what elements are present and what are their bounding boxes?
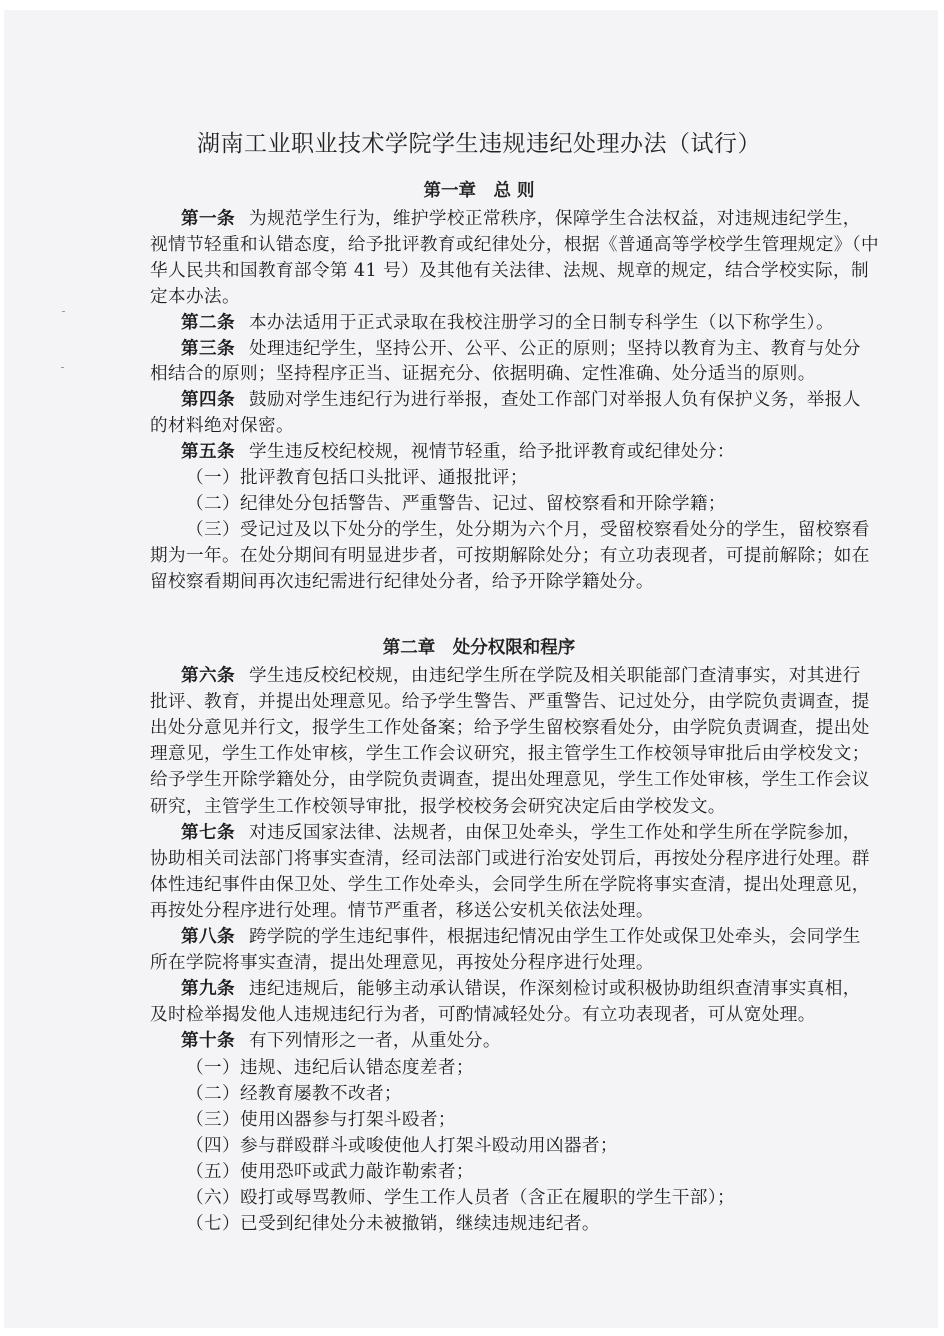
line-text: 定本办法。 bbox=[150, 287, 240, 307]
document: 湖南工业职业技术学院学生违规违纪处理办法（试行） 第一章 总 则 第一条为规范学… bbox=[0, 0, 944, 1336]
article-number: 第一条 bbox=[181, 208, 235, 229]
line-text: （六）殴打或辱骂教师、学生工作人员者（含正在履职的学生干部）； bbox=[186, 1188, 735, 1208]
list-item: （三）受记过及以下处分的学生，处分期为六个月，受留校察看处分的学生，留校察看 bbox=[186, 517, 815, 543]
line-text: （五）使用恐吓或武力敲诈勒索者； bbox=[186, 1162, 474, 1182]
text-line: 留校察看期间再次违纪需进行纪律处分者，给予开除学籍处分。 bbox=[150, 569, 810, 595]
article-number: 第九条 bbox=[181, 978, 235, 999]
line-text: （四）参与群殴群斗或唆使他人打架斗殴动用凶器者； bbox=[186, 1136, 618, 1156]
line-text: 再按处分程序进行处理。情节严重者，移送公安机关依法处理。 bbox=[150, 901, 654, 921]
article-line: 第九条违纪违规后，能够主动承认错误，作深刻检讨或积极协助组织查清事实真相， bbox=[181, 976, 810, 1002]
line-text: （三）使用凶器参与打架斗殴者； bbox=[186, 1110, 456, 1130]
line-text: 违纪违规后，能够主动承认错误，作深刻检讨或积极协助组织查清事实真相， bbox=[249, 979, 861, 999]
list-item: （七）已受到纪律处分未被撤销，继续违规违纪者。 bbox=[186, 1211, 815, 1237]
line-text: 本办法适用于正式录取在我校注册学习的全日制专科学生（以下称学生）。 bbox=[249, 313, 834, 333]
line-text: 留校察看期间再次违纪需进行纪律处分者，给予开除学籍处分。 bbox=[150, 572, 654, 592]
line-text: 期为一年。在处分期间有明显进步者，可按期解除处分；有立功表现者，可提前解除；如在 bbox=[150, 546, 870, 566]
line-text: 处理违纪学生，坚持公开、公平、公正的原则；坚持以教育为主、教育与处分 bbox=[249, 339, 861, 359]
chapter-2-heading: 第二章 处分权限和程序 bbox=[150, 634, 808, 659]
text-line: 体性违纪事件由保卫处、学生工作处牵头，会同学生所在学院将事实查清，提出处理意见， bbox=[150, 872, 810, 898]
text-line: 研究，主管学生工作校领导审批，报学校校务会研究决定后由学校发文。 bbox=[150, 794, 810, 820]
line-text: （一）批评教育包括口头批评、通报批评； bbox=[186, 468, 528, 488]
article-line: 第四条鼓励对学生违纪行为进行举报，查处工作部门对举报人负有保护义务，举报人 bbox=[181, 387, 810, 413]
article-number: 第四条 bbox=[181, 389, 235, 410]
line-text: 的材料绝对保密。 bbox=[150, 416, 294, 436]
text-line: 理意见，学生工作处审核，学生工作会议研究，报主管学生工作校领导审批后由学校发文； bbox=[150, 741, 810, 767]
line-text: 为规范学生行为，维护学校正常秩序，保障学生合法权益，对违规违纪学生， bbox=[249, 209, 861, 229]
list-item: （一）违规、违纪后认错态度差者； bbox=[186, 1055, 815, 1081]
text-line: 相结合的原则；坚持程序正当、证据充分、依据明确、定性准确、处分适当的原则。 bbox=[150, 361, 810, 387]
article-line: 第六条学生违反校纪校规，由违纪学生所在学院及相关职能部门查清事实，对其进行 bbox=[181, 663, 810, 689]
line-text: 相结合的原则；坚持程序正当、证据充分、依据明确、定性准确、处分适当的原则。 bbox=[150, 364, 816, 384]
line-text: 体性违纪事件由保卫处、学生工作处牵头，会同学生所在学院将事实查清，提出处理意见， bbox=[150, 875, 870, 895]
line-text: 所在学院将事实查清，提出处理意见，再按处分程序进行处理。 bbox=[150, 953, 654, 973]
list-item: （一）批评教育包括口头批评、通报批评； bbox=[186, 465, 815, 491]
line-text: （三）受记过及以下处分的学生，处分期为六个月，受留校察看处分的学生，留校察看 bbox=[186, 520, 870, 540]
article-line: 第七条对违反国家法律、法规者，由保卫处牵头，学生工作处和学生所在学院参加， bbox=[181, 820, 810, 846]
line-text: 出处分意见并行文，报学生工作处备案；给予学生留校察看处分，由学院负责调查，提出处 bbox=[150, 718, 870, 738]
line-text: 华人民共和国教育部令第 41 号）及其他有关法律、法规、规章的规定，结合学校实际… bbox=[150, 261, 869, 281]
list-item: （五）使用恐吓或武力敲诈勒索者； bbox=[186, 1159, 815, 1185]
article-line: 第二条本办法适用于正式录取在我校注册学习的全日制专科学生（以下称学生）。 bbox=[181, 310, 810, 336]
article-line: 第八条跨学院的学生违纪事件，根据违纪情况由学生工作处或保卫处牵头，会同学生 bbox=[181, 924, 810, 950]
article-line: 第五条学生违反校纪校规，视情节轻重，给予批评教育或纪律处分： bbox=[181, 439, 810, 465]
line-text: （二）纪律处分包括警告、严重警告、记过、留校察看和开除学籍； bbox=[186, 494, 726, 514]
text-line: 协助相关司法部门将事实查清，经司法部门或进行治安处罚后，再按处分程序进行处理。群 bbox=[150, 846, 810, 872]
line-text: （七）已受到纪律处分未被撤销，继续违规违纪者。 bbox=[186, 1214, 600, 1234]
line-text: 有下列情形之一者，从重处分。 bbox=[249, 1031, 501, 1051]
text-line: 及时检举揭发他人违规违纪行为者，可酌情减轻处分。有立功表现者，可从宽处理。 bbox=[150, 1002, 810, 1028]
text-line: 给予学生开除学籍处分，由学院负责调查，提出处理意见，学生工作处审核，学生工作会议 bbox=[150, 767, 810, 793]
line-text: 批评、教育，并提出处理意见。给予学生警告、严重警告、记过处分，由学院负责调查，提 bbox=[150, 692, 870, 712]
article-number: 第七条 bbox=[181, 822, 235, 843]
line-text: 视情节轻重和认错态度，给予批评教育或纪律处分，根据《普通高等学校学生管理规定》（… bbox=[150, 235, 879, 255]
line-text: 及时检举揭发他人违规违纪行为者，可酌情减轻处分。有立功表现者，可从宽处理。 bbox=[150, 1005, 816, 1025]
line-text: 协助相关司法部门将事实查清，经司法部门或进行治安处罚后，再按处分程序进行处理。群 bbox=[150, 849, 870, 869]
article-number: 第十条 bbox=[181, 1030, 235, 1051]
text-line: 所在学院将事实查清，提出处理意见，再按处分程序进行处理。 bbox=[150, 950, 810, 976]
text-line: 出处分意见并行文，报学生工作处备案；给予学生留校察看处分，由学院负责调查，提出处 bbox=[150, 715, 810, 741]
article-number: 第八条 bbox=[181, 926, 235, 947]
list-item: （四）参与群殴群斗或唆使他人打架斗殴动用凶器者； bbox=[186, 1133, 815, 1159]
line-text: （二）经教育屡教不改者； bbox=[186, 1084, 402, 1104]
article-line: 第一条为规范学生行为，维护学校正常秩序，保障学生合法权益，对违规违纪学生， bbox=[181, 206, 810, 232]
list-item: （三）使用凶器参与打架斗殴者； bbox=[186, 1107, 815, 1133]
article-number: 第五条 bbox=[181, 441, 235, 462]
text-line: 华人民共和国教育部令第 41 号）及其他有关法律、法规、规章的规定，结合学校实际… bbox=[150, 258, 810, 284]
article-number: 第六条 bbox=[181, 665, 235, 686]
article-line: 第十条有下列情形之一者，从重处分。 bbox=[181, 1028, 810, 1054]
line-text: 学生违反校纪校规，视情节轻重，给予批评教育或纪律处分： bbox=[249, 442, 735, 462]
line-text: 对违反国家法律、法规者，由保卫处牵头，学生工作处和学生所在学院参加， bbox=[249, 823, 861, 843]
article-number: 第三条 bbox=[181, 338, 235, 359]
article-line: 第三条处理违纪学生，坚持公开、公平、公正的原则；坚持以教育为主、教育与处分 bbox=[181, 336, 810, 362]
article-number: 第二条 bbox=[181, 312, 235, 333]
line-text: 给予学生开除学籍处分，由学院负责调查，提出处理意见，学生工作处审核，学生工作会议 bbox=[150, 770, 870, 790]
list-item: （二）经教育屡教不改者； bbox=[186, 1081, 815, 1107]
list-item: （六）殴打或辱骂教师、学生工作人员者（含正在履职的学生干部）； bbox=[186, 1185, 815, 1211]
line-text: 鼓励对学生违纪行为进行举报，查处工作部门对举报人负有保护义务，举报人 bbox=[249, 390, 861, 410]
line-text: 研究，主管学生工作校领导审批，报学校校务会研究决定后由学校发文。 bbox=[150, 797, 726, 817]
document-title: 湖南工业职业技术学院学生违规违纪处理办法（试行） bbox=[150, 125, 808, 158]
text-line: 定本办法。 bbox=[150, 284, 810, 310]
line-text: 学生违反校纪校规，由违纪学生所在学院及相关职能部门查清事实，对其进行 bbox=[249, 666, 861, 686]
line-text: 跨学院的学生违纪事件，根据违纪情况由学生工作处或保卫处牵头，会同学生 bbox=[249, 927, 861, 947]
text-line: 的材料绝对保密。 bbox=[150, 413, 810, 439]
text-line: 再按处分程序进行处理。情节严重者，移送公安机关依法处理。 bbox=[150, 898, 810, 924]
text-line: 期为一年。在处分期间有明显进步者，可按期解除处分；有立功表现者，可提前解除；如在 bbox=[150, 543, 810, 569]
list-item: （二）纪律处分包括警告、严重警告、记过、留校察看和开除学籍； bbox=[186, 491, 815, 517]
chapter-1-heading: 第一章 总 则 bbox=[150, 177, 808, 202]
text-line: 视情节轻重和认错态度，给予批评教育或纪律处分，根据《普通高等学校学生管理规定》（… bbox=[150, 232, 810, 258]
text-line: 批评、教育，并提出处理意见。给予学生警告、严重警告、记过处分，由学院负责调查，提 bbox=[150, 689, 810, 715]
line-text: 理意见，学生工作处审核，学生工作会议研究，报主管学生工作校领导审批后由学校发文； bbox=[150, 744, 870, 764]
line-text: （一）违规、违纪后认错态度差者； bbox=[186, 1058, 474, 1078]
